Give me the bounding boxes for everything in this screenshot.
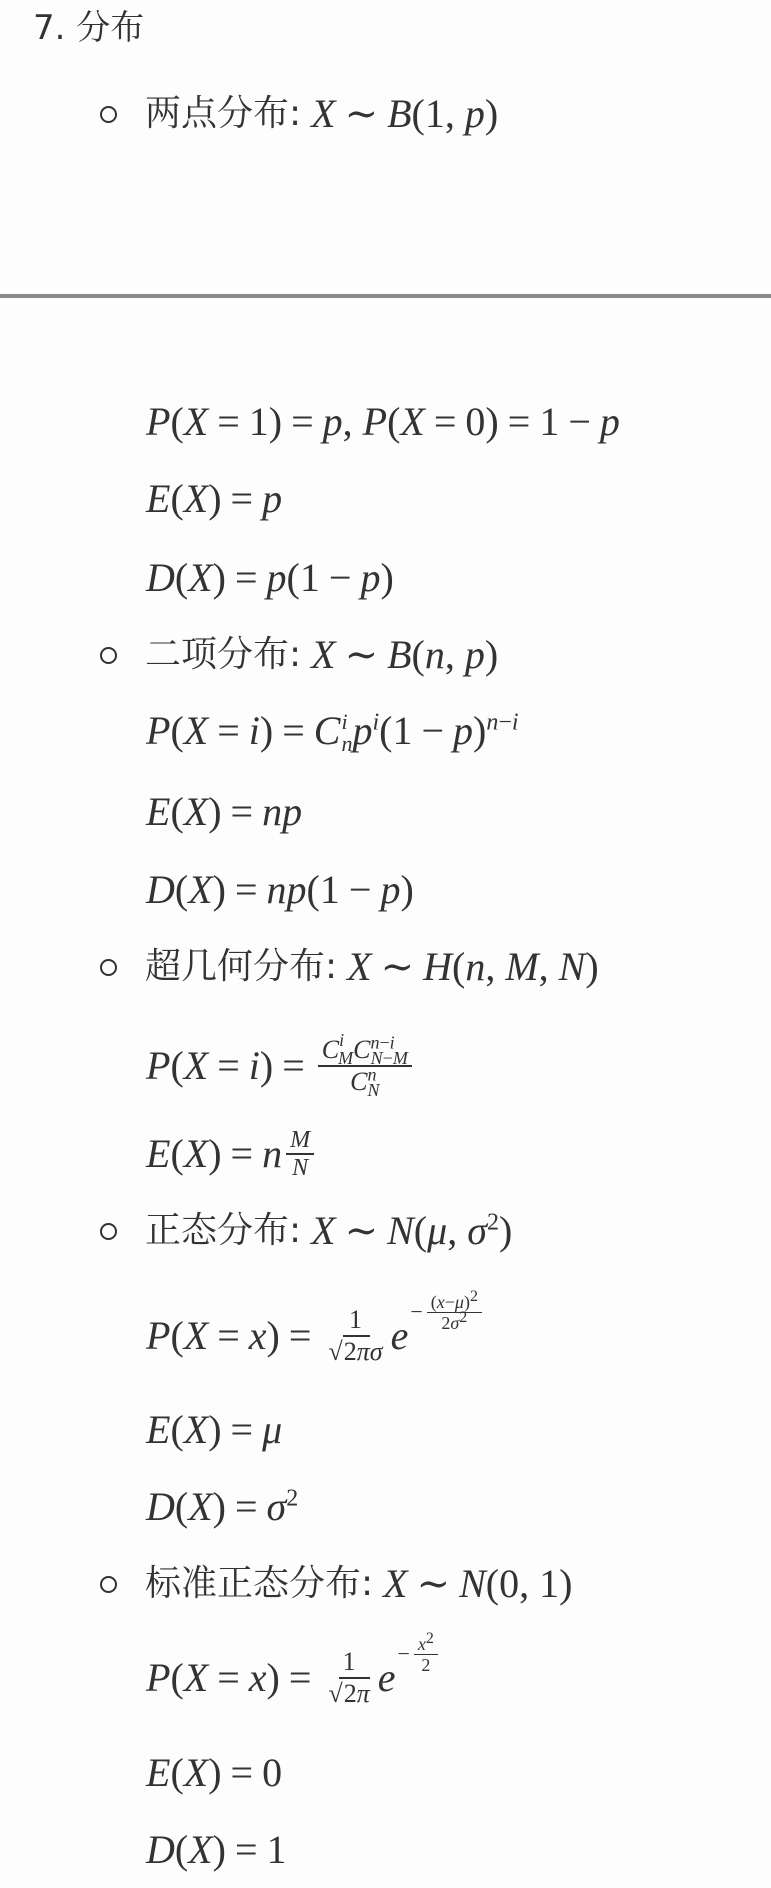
formula-hypergeometric-pmf: P(X=i)= CiMCn−iN−M CnN <box>146 1030 416 1102</box>
distribution-notation: X∼N(μ, σ2) <box>311 1207 512 1255</box>
circle-bullet-icon <box>100 959 117 976</box>
fraction: CiMCn−iN−M CnN <box>318 1035 412 1097</box>
distribution-name: 超几何分布 <box>145 943 325 991</box>
list-item-hypergeometric: 超几何分布: X∼H(n, M, N) <box>100 943 599 991</box>
colon: : <box>325 943 337 991</box>
list-item-normal: 正态分布: X∼N(μ, σ2) <box>100 1207 512 1255</box>
formula-two-point-expectation: E(X)=p <box>146 469 282 529</box>
fraction: MN <box>286 1127 314 1181</box>
horizontal-rule <box>0 294 771 298</box>
formula-standard-normal-expectation: E(X)=0 <box>146 1743 282 1803</box>
circle-bullet-icon <box>100 1576 117 1593</box>
formula-normal-expectation: E(X)=μ <box>146 1400 282 1460</box>
colon: : <box>361 1560 373 1608</box>
distribution-name: 两点分布 <box>145 90 289 138</box>
circle-bullet-icon <box>100 106 117 123</box>
colon: : <box>289 631 301 679</box>
distribution-notation: X∼B(1, p) <box>311 90 498 138</box>
colon: : <box>289 1207 301 1255</box>
distribution-notation: X∼H(n, M, N) <box>347 943 599 991</box>
circle-bullet-icon <box>100 1223 117 1240</box>
list-item-binomial: 二项分布: X∼B(n, p) <box>100 631 498 679</box>
exponent: − (x−μ)22σ2 <box>410 1288 486 1336</box>
formula-binomial-variance: D(X)=np(1−p) <box>146 860 414 920</box>
colon: : <box>289 90 301 138</box>
section-title: 分布 <box>76 8 144 48</box>
formula-standard-normal-variance: D(X)=1 <box>146 1820 287 1880</box>
section-number: 7. <box>33 8 65 48</box>
formula-normal-pdf: P(X=x)= 1 √2πσ e − (x−μ)22σ2 <box>146 1296 486 1376</box>
distribution-name: 标准正态分布 <box>145 1560 361 1608</box>
list-item-two-point: 两点分布: X∼B(1, p) <box>100 90 498 138</box>
formula-normal-variance: D(X)=σ2 <box>146 1477 298 1537</box>
distribution-notation: X∼N(0, 1) <box>383 1560 572 1608</box>
formula-binomial-expectation: E(X)=np <box>146 782 302 842</box>
exponent: − x22 <box>398 1630 442 1678</box>
section-heading: 7. 分布 <box>33 6 144 50</box>
formula-two-point-pmf: P(X=1)=p, P(X=0)=1−p <box>146 392 620 452</box>
distribution-name: 二项分布 <box>145 631 289 679</box>
formula-binomial-pmf: P(X=i)=Cinpi(1−p)n−i <box>146 702 519 762</box>
distribution-name: 正态分布 <box>145 1207 289 1255</box>
distribution-notation: X∼B(n, p) <box>311 631 498 679</box>
fraction: 1 √2πσ <box>324 1305 386 1367</box>
formula-two-point-variance: D(X)=p(1−p) <box>146 548 394 608</box>
formula-standard-normal-pdf: P(X=x)= 1 √2π e − x22 <box>146 1640 442 1716</box>
fraction: 1 √2π <box>324 1647 373 1709</box>
list-item-standard-normal: 标准正态分布: X∼N(0, 1) <box>100 1560 572 1608</box>
formula-hypergeometric-expectation: E(X)=n MN <box>146 1122 318 1186</box>
circle-bullet-icon <box>100 647 117 664</box>
